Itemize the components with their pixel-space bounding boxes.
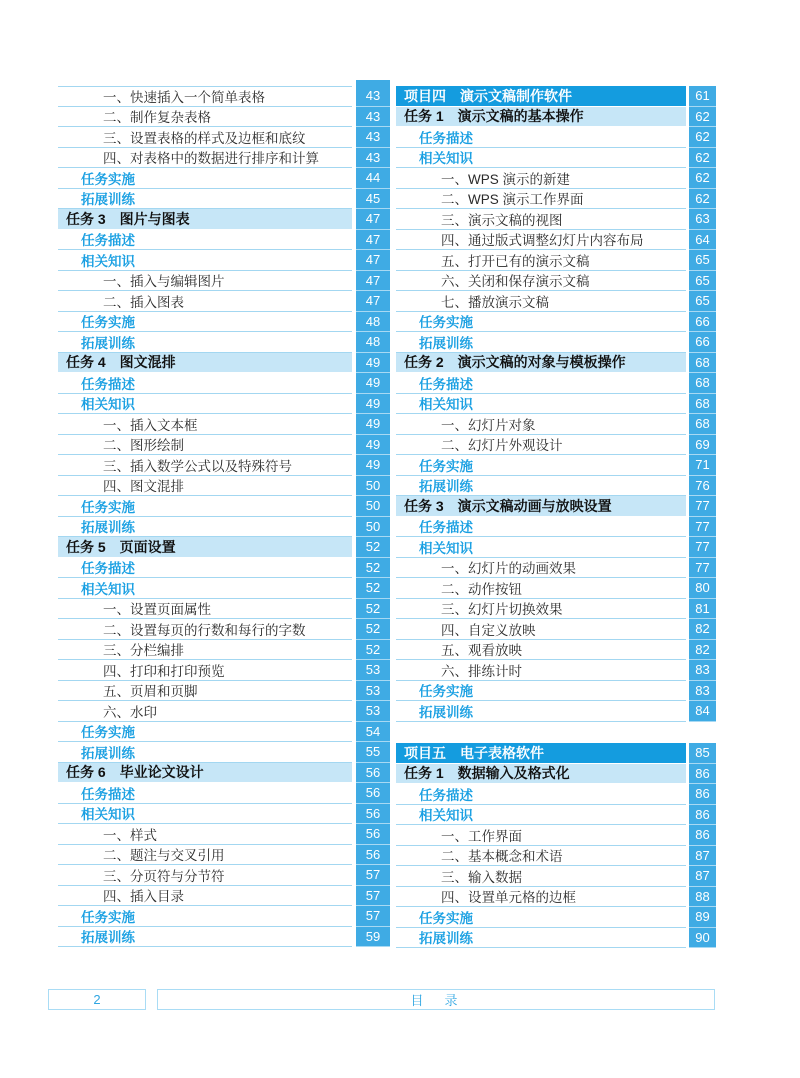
toc-entry-page: 83: [689, 681, 716, 702]
toc-item-row[interactable]: 四、插入目录57: [58, 886, 390, 907]
toc-entry-text-cell: 一、幻灯片的动画效果: [396, 558, 686, 579]
toc-sub-row[interactable]: 相关知识68: [396, 394, 716, 415]
toc-entry-page: 77: [689, 517, 716, 538]
toc-entry-page: 56: [356, 804, 390, 825]
toc-entry-label: 三、设置表格的样式及边框和底纹: [103, 127, 306, 147]
toc-entry-text-cell: 任务 6 毕业论文设计: [58, 763, 352, 784]
toc-entry-text-cell: 二、题注与交叉引用: [58, 845, 352, 866]
toc-entry-page: 43: [356, 127, 390, 148]
toc-sub-row[interactable]: 任务描述77: [396, 517, 716, 538]
toc-item-row[interactable]: 一、插入文本框49: [58, 414, 390, 435]
toc-entry-page: 62: [689, 148, 716, 169]
toc-entry-text-cell: 五、观看放映: [396, 640, 686, 661]
toc-item-row[interactable]: 四、自定义放映82: [396, 619, 716, 640]
toc-entry-label: 任务 3 演示文稿动画与放映设置: [404, 496, 612, 516]
toc-entry-label: 任务 2 演示文稿的对象与模板操作: [404, 353, 626, 373]
toc-sub-row[interactable]: 相关知识62: [396, 148, 716, 169]
toc-left-column: 一、快速插入一个简单表格43二、制作复杂表格43三、设置表格的样式及边框和底纹4…: [58, 80, 390, 947]
toc-entry-page: 68: [689, 414, 716, 435]
toc-entry-page: 85: [689, 743, 716, 764]
toc-entry-page: 63: [689, 209, 716, 230]
toc-sub-row[interactable]: 拓展训练84: [396, 701, 716, 722]
toc-entry-label: 拓展训练: [81, 189, 135, 209]
toc-item-row[interactable]: 一、幻灯片的动画效果77: [396, 558, 716, 579]
toc-project-row[interactable]: 项目四 演示文稿制作软件61: [396, 86, 716, 107]
toc-entry-text-cell: 任务实施: [396, 907, 686, 928]
toc-entry-page: 80: [689, 578, 716, 599]
toc-entry-page: 47: [356, 291, 390, 312]
toc-entry-label: 相关知识: [419, 148, 473, 168]
toc-sub-row[interactable]: 拓展训练50: [58, 517, 390, 538]
toc-sub-row[interactable]: 拓展训练55: [58, 742, 390, 763]
toc-entry-page: 47: [356, 271, 390, 292]
toc-entry-page: 87: [689, 846, 716, 867]
toc-entry-page: 76: [689, 476, 716, 497]
toc-entry-text-cell: 拓展训练: [58, 332, 352, 353]
toc-entry-label: 二、幻灯片外观设计: [441, 435, 563, 455]
toc-entry-label: 五、观看放映: [441, 640, 522, 660]
toc-entry-text-cell: 三、输入数据: [396, 866, 686, 887]
toc-entry-label: 任务实施: [419, 681, 473, 701]
toc-entry-text-cell: 任务实施: [396, 455, 686, 476]
toc-sub-row[interactable]: 任务实施57: [58, 906, 390, 927]
toc-entry-page: 56: [356, 763, 390, 784]
toc-sub-row[interactable]: 相关知识56: [58, 804, 390, 825]
toc-entry-text-cell: 拓展训练: [58, 517, 352, 538]
toc-entry-page: 47: [356, 230, 390, 251]
toc-entry-page: 89: [689, 907, 716, 928]
toc-sub-row[interactable]: 任务实施54: [58, 722, 390, 743]
toc-entry-text-cell: 一、WPS 演示的新建: [396, 168, 686, 189]
toc-entry-label: 二、WPS 演示工作界面: [441, 189, 584, 209]
toc-entry-text-cell: 四、通过版式调整幻灯片内容布局: [396, 230, 686, 251]
toc-entry-text-cell: 任务 2 演示文稿的对象与模板操作: [396, 353, 686, 374]
toc-sub-row[interactable]: 拓展训练59: [58, 927, 390, 948]
toc-sub-row[interactable]: 任务描述62: [396, 127, 716, 148]
toc-item-row[interactable]: 一、工作界面86: [396, 825, 716, 846]
toc-item-row[interactable]: 一、设置页面属性52: [58, 599, 390, 620]
toc-entry-text-cell: 拓展训练: [396, 332, 686, 353]
toc-entry-text-cell: 四、打印和打印预览: [58, 660, 352, 681]
toc-entry-page: 49: [356, 394, 390, 415]
toc-entry-page: 62: [689, 189, 716, 210]
toc-entry-page: 43: [356, 148, 390, 169]
toc-item-row[interactable]: 二、动作按钮80: [396, 578, 716, 599]
toc-entry-text-cell: 三、插入数学公式以及特殊符号: [58, 455, 352, 476]
toc-entry-label: 任务实施: [81, 722, 135, 742]
toc-entry-label: 三、输入数据: [441, 866, 522, 886]
toc-task-row[interactable]: 任务 5 页面设置52: [58, 537, 390, 558]
toc-entry-page: 86: [689, 764, 716, 785]
toc-entry-label: 任务描述: [81, 783, 135, 803]
toc-sub-row[interactable]: 任务实施66: [396, 312, 716, 333]
toc-sub-row[interactable]: 任务实施83: [396, 681, 716, 702]
footer-title: 目 录: [157, 989, 715, 1010]
toc-item-row[interactable]: 四、通过版式调整幻灯片内容布局64: [396, 230, 716, 251]
toc-item-row[interactable]: 四、打印和打印预览53: [58, 660, 390, 681]
toc-item-row[interactable]: 二、图形绘制49: [58, 435, 390, 456]
toc-entry-page: 90: [689, 928, 716, 949]
toc-item-row[interactable]: 二、幻灯片外观设计69: [396, 435, 716, 456]
toc-entry-page: 52: [356, 599, 390, 620]
toc-entry-text-cell: 拓展训练: [58, 927, 352, 948]
toc-right-column: 项目四 演示文稿制作软件61任务 1 演示文稿的基本操作62任务描述62相关知识…: [396, 86, 716, 966]
toc-entry-text-cell: 拓展训练: [58, 189, 352, 210]
toc-entry-page: 56: [356, 783, 390, 804]
toc-entry-page: 43: [356, 107, 390, 128]
toc-sub-row[interactable]: 拓展训练90: [396, 928, 716, 949]
toc-entry-label: 任务描述: [419, 784, 473, 804]
toc-entry-label: 拓展训练: [81, 742, 135, 762]
footer-page-number-label: 2: [93, 992, 100, 1007]
toc-entry-label: 一、幻灯片对象: [441, 414, 536, 434]
toc-entry-label: 相关知识: [81, 250, 135, 270]
toc-entry-text-cell: 六、水印: [58, 701, 352, 722]
toc-entry-page: 49: [356, 373, 390, 394]
toc-entry-label: 三、插入数学公式以及特殊符号: [103, 455, 292, 475]
toc-entry-label: 任务 6 毕业论文设计: [66, 763, 204, 783]
toc-entry-label: 相关知识: [81, 804, 135, 824]
toc-entry-page: 50: [356, 517, 390, 538]
toc-entry-page: 62: [689, 168, 716, 189]
toc-entry-text-cell: 三、分栏编排: [58, 640, 352, 661]
toc-entry-text-cell: 任务 4 图文混排: [58, 353, 352, 374]
toc-item-row[interactable]: 三、演示文稿的视图63: [396, 209, 716, 230]
toc-item-row[interactable]: 六、水印53: [58, 701, 390, 722]
toc-sub-row[interactable]: 相关知识49: [58, 394, 390, 415]
toc-sub-row[interactable]: 相关知识86: [396, 805, 716, 826]
toc-entry-label: 拓展训练: [81, 927, 135, 947]
toc-item-row[interactable]: 二、基本概念和术语87: [396, 846, 716, 867]
toc-sub-row[interactable]: 拓展训练66: [396, 332, 716, 353]
toc-entry-text-cell: 任务 5 页面设置: [58, 537, 352, 558]
toc-entry-label: 一、设置页面属性: [103, 599, 211, 619]
toc-entry-text-cell: 一、插入文本框: [58, 414, 352, 435]
toc-entry-text-cell: 任务描述: [396, 373, 686, 394]
toc-entry-page: 64: [689, 230, 716, 251]
toc-entry-page: 53: [356, 681, 390, 702]
toc-entry-text-cell: 二、制作复杂表格: [58, 107, 352, 128]
toc-entry-page: 54: [356, 722, 390, 743]
toc-entry-page: 47: [356, 209, 390, 230]
footer-title-label: 目 录: [410, 990, 461, 1009]
toc-entry-text-cell: 五、页眉和页脚: [58, 681, 352, 702]
toc-item-row[interactable]: 五、打开已有的演示文稿65: [396, 250, 716, 271]
toc-entry-label: 六、水印: [103, 701, 157, 721]
toc-entry-page: 82: [689, 619, 716, 640]
toc-entry-text-cell: 三、分页符与分节符: [58, 865, 352, 886]
toc-item-row[interactable]: 三、设置表格的样式及边框和底纹43: [58, 127, 390, 148]
toc-entry-label: 四、图文混排: [103, 476, 184, 496]
toc-item-row[interactable]: 四、设置单元格的边框88: [396, 887, 716, 908]
toc-entry-text-cell: 任务描述: [58, 373, 352, 394]
toc-entry-text-cell: 二、图形绘制: [58, 435, 352, 456]
toc-entry-label: 二、图形绘制: [103, 435, 184, 455]
toc-entry-text-cell: 任务描述: [396, 517, 686, 538]
toc-item-row[interactable]: 一、快速插入一个简单表格43: [58, 86, 390, 107]
toc-entry-text-cell: 任务 1 数据输入及格式化: [396, 764, 686, 785]
toc-entry-label: 任务实施: [419, 312, 473, 332]
toc-block: 项目五 电子表格软件85任务 1 数据输入及格式化86任务描述86相关知识86一…: [396, 743, 716, 948]
toc-entry-text-cell: 四、插入目录: [58, 886, 352, 907]
toc-entry-page: 43: [356, 86, 390, 107]
toc-entry-label: 五、打开已有的演示文稿: [441, 250, 590, 270]
toc-entry-label: 二、插入图表: [103, 291, 184, 311]
toc-sub-row[interactable]: 拓展训练76: [396, 476, 716, 497]
toc-entry-page: 49: [356, 414, 390, 435]
toc-entry-label: 拓展训练: [419, 928, 473, 948]
toc-entry-text-cell: 任务描述: [58, 230, 352, 251]
toc-entry-page: 62: [689, 127, 716, 148]
toc-entry-page: 50: [356, 476, 390, 497]
toc-entry-text-cell: 拓展训练: [396, 476, 686, 497]
toc-entry-text-cell: 相关知识: [58, 578, 352, 599]
toc-entry-page: 56: [356, 824, 390, 845]
toc-entry-page: 57: [356, 865, 390, 886]
toc-entry-label: 任务实施: [81, 906, 135, 926]
toc-item-row[interactable]: 四、图文混排50: [58, 476, 390, 497]
toc-entry-page: 49: [356, 353, 390, 374]
toc-entry-page: 65: [689, 291, 716, 312]
toc-entry-text-cell: 相关知识: [396, 394, 686, 415]
toc-item-row[interactable]: 五、页眉和页脚53: [58, 681, 390, 702]
toc-entry-label: 拓展训练: [81, 517, 135, 537]
toc-sub-row[interactable]: 任务描述86: [396, 784, 716, 805]
toc-entry-page: 65: [689, 271, 716, 292]
toc-item-row[interactable]: 二、WPS 演示工作界面62: [396, 189, 716, 210]
toc-sub-row[interactable]: 任务实施50: [58, 496, 390, 517]
toc-entry-label: 五、页眉和页脚: [103, 681, 198, 701]
toc-entry-text-cell: 任务描述: [58, 558, 352, 579]
toc-entry-text-cell: 一、样式: [58, 824, 352, 845]
toc-entry-text-cell: 一、工作界面: [396, 825, 686, 846]
toc-entry-text-cell: 二、插入图表: [58, 291, 352, 312]
toc-entry-label: 二、制作复杂表格: [103, 107, 211, 127]
toc-task-row[interactable]: 任务 3 图片与图表47: [58, 209, 390, 230]
toc-entry-page: 86: [689, 805, 716, 826]
toc-entry-label: 任务 5 页面设置: [66, 537, 176, 557]
toc-entry-label: 项目四 演示文稿制作软件: [404, 86, 572, 106]
toc-item-row[interactable]: 三、幻灯片切换效果81: [396, 599, 716, 620]
toc-item-row[interactable]: 一、插入与编辑图片47: [58, 271, 390, 292]
toc-entry-page: 86: [689, 784, 716, 805]
toc-entry-label: 相关知识: [419, 394, 473, 414]
toc-sub-row[interactable]: 拓展训练48: [58, 332, 390, 353]
toc-entry-label: 二、基本概念和术语: [441, 846, 563, 866]
toc-entry-page: 82: [689, 640, 716, 661]
toc-entry-text-cell: 任务 3 演示文稿动画与放映设置: [396, 496, 686, 517]
toc-entry-label: 四、插入目录: [103, 886, 184, 906]
toc-entry-label: 一、插入文本框: [103, 414, 198, 434]
toc-entry-page: 88: [689, 887, 716, 908]
toc-entry-page: 77: [689, 558, 716, 579]
toc-entry-label: 一、工作界面: [441, 825, 522, 845]
toc-task-row[interactable]: 任务 2 演示文稿的对象与模板操作68: [396, 353, 716, 374]
toc-page: { "page": { "footer": { "page_number": "…: [0, 0, 800, 1078]
toc-task-row[interactable]: 任务 6 毕业论文设计56: [58, 763, 390, 784]
toc-entry-page: 68: [689, 353, 716, 374]
toc-entry-page: 48: [356, 312, 390, 333]
toc-block: 一、快速插入一个简单表格43二、制作复杂表格43三、设置表格的样式及边框和底纹4…: [58, 86, 390, 947]
toc-entry-text-cell: 二、基本概念和术语: [396, 846, 686, 867]
toc-project-row[interactable]: 项目五 电子表格软件85: [396, 743, 716, 764]
toc-entry-label: 任务描述: [419, 373, 473, 393]
toc-item-row[interactable]: 三、分页符与分节符57: [58, 865, 390, 886]
toc-entry-label: 拓展训练: [419, 476, 473, 496]
toc-entry-page: 45: [356, 189, 390, 210]
toc-entry-label: 任务描述: [81, 230, 135, 250]
toc-entry-page: 87: [689, 866, 716, 887]
toc-entry-label: 一、样式: [103, 824, 157, 844]
toc-item-row[interactable]: 六、排练计时83: [396, 660, 716, 681]
toc-task-row[interactable]: 任务 1 演示文稿的基本操作62: [396, 107, 716, 128]
toc-entry-label: 四、对表格中的数据进行排序和计算: [103, 148, 319, 168]
toc-entry-text-cell: 二、动作按钮: [396, 578, 686, 599]
toc-entry-text-cell: 项目四 演示文稿制作软件: [396, 86, 686, 107]
toc-sub-row[interactable]: 任务实施48: [58, 312, 390, 333]
toc-item-row[interactable]: 一、WPS 演示的新建62: [396, 168, 716, 189]
toc-entry-label: 任务实施: [419, 455, 473, 475]
toc-entry-text-cell: 四、对表格中的数据进行排序和计算: [58, 148, 352, 169]
toc-entry-text-cell: 任务实施: [58, 312, 352, 333]
toc-sub-row[interactable]: 任务描述49: [58, 373, 390, 394]
toc-entry-text-cell: 三、演示文稿的视图: [396, 209, 686, 230]
toc-entry-text-cell: 任务描述: [58, 783, 352, 804]
toc-entry-label: 六、关闭和保存演示文稿: [441, 271, 590, 291]
toc-item-row[interactable]: 三、插入数学公式以及特殊符号49: [58, 455, 390, 476]
toc-entry-label: 一、幻灯片的动画效果: [441, 558, 576, 578]
toc-entry-label: 任务实施: [81, 312, 135, 332]
toc-item-row[interactable]: 一、幻灯片对象68: [396, 414, 716, 435]
toc-entry-text-cell: 任务 3 图片与图表: [58, 209, 352, 230]
toc-entry-text-cell: 一、幻灯片对象: [396, 414, 686, 435]
toc-item-row[interactable]: 二、题注与交叉引用56: [58, 845, 390, 866]
toc-item-row[interactable]: 一、样式56: [58, 824, 390, 845]
toc-entry-text-cell: 七、播放演示文稿: [396, 291, 686, 312]
toc-entry-label: 任务 3 图片与图表: [66, 209, 190, 229]
toc-entry-label: 任务实施: [81, 168, 135, 188]
toc-entry-page: 44: [356, 168, 390, 189]
toc-entry-text-cell: 相关知识: [58, 804, 352, 825]
toc-entry-text-cell: 五、打开已有的演示文稿: [396, 250, 686, 271]
toc-item-row[interactable]: 三、输入数据87: [396, 866, 716, 887]
toc-entry-label: 任务 4 图文混排: [66, 353, 176, 373]
toc-entry-label: 三、幻灯片切换效果: [441, 599, 563, 619]
footer-page-number: 2: [48, 989, 146, 1010]
toc-entry-label: 相关知识: [419, 805, 473, 825]
toc-entry-page: 47: [356, 250, 390, 271]
toc-entry-label: 拓展训练: [81, 332, 135, 352]
toc-entry-label: 任务描述: [81, 373, 135, 393]
toc-item-row[interactable]: 七、播放演示文稿65: [396, 291, 716, 312]
toc-entry-text-cell: 相关知识: [396, 805, 686, 826]
toc-entry-page: 53: [356, 701, 390, 722]
toc-sub-row[interactable]: 相关知识77: [396, 537, 716, 558]
toc-entry-text-cell: 项目五 电子表格软件: [396, 743, 686, 764]
toc-task-row[interactable]: 任务 4 图文混排49: [58, 353, 390, 374]
toc-task-row[interactable]: 任务 1 数据输入及格式化86: [396, 764, 716, 785]
toc-sub-row[interactable]: 任务实施89: [396, 907, 716, 928]
toc-entry-text-cell: 任务描述: [396, 127, 686, 148]
toc-entry-label: 相关知识: [81, 394, 135, 414]
toc-entry-text-cell: 六、排练计时: [396, 660, 686, 681]
toc-sub-row[interactable]: 任务描述68: [396, 373, 716, 394]
toc-item-row[interactable]: 三、分栏编排52: [58, 640, 390, 661]
toc-entry-page: 66: [689, 312, 716, 333]
toc-sub-row[interactable]: 任务描述47: [58, 230, 390, 251]
toc-entry-text-cell: 一、快速插入一个简单表格: [58, 86, 352, 107]
toc-entry-page: 49: [356, 435, 390, 456]
toc-entry-page: 48: [356, 332, 390, 353]
toc-entry-text-cell: 任务实施: [58, 168, 352, 189]
toc-item-row[interactable]: 二、制作复杂表格43: [58, 107, 390, 128]
toc-entry-text-cell: 二、设置每页的行数和每行的字数: [58, 619, 352, 640]
toc-sub-row[interactable]: 拓展训练45: [58, 189, 390, 210]
toc-entry-label: 二、动作按钮: [441, 578, 522, 598]
toc-entry-label: 二、设置每页的行数和每行的字数: [103, 619, 306, 639]
toc-entry-label: 三、分页符与分节符: [103, 865, 225, 885]
toc-sub-row[interactable]: 任务实施71: [396, 455, 716, 476]
toc-sub-row[interactable]: 相关知识52: [58, 578, 390, 599]
toc-entry-page: 52: [356, 537, 390, 558]
toc-block: 项目四 演示文稿制作软件61任务 1 演示文稿的基本操作62任务描述62相关知识…: [396, 86, 716, 722]
toc-entry-text-cell: 任务实施: [58, 906, 352, 927]
toc-entry-page: 69: [689, 435, 716, 456]
toc-entry-page: 50: [356, 496, 390, 517]
toc-entry-page: 57: [356, 906, 390, 927]
toc-item-row[interactable]: 二、插入图表47: [58, 291, 390, 312]
toc-entry-label: 项目五 电子表格软件: [404, 743, 544, 763]
toc-entry-text-cell: 相关知识: [58, 394, 352, 415]
toc-item-row[interactable]: 二、设置每页的行数和每行的字数52: [58, 619, 390, 640]
toc-sub-row[interactable]: 相关知识47: [58, 250, 390, 271]
toc-entry-text-cell: 二、幻灯片外观设计: [396, 435, 686, 456]
toc-entry-label: 四、设置单元格的边框: [441, 887, 576, 907]
toc-entry-page: 61: [689, 86, 716, 107]
toc-entry-label: 一、插入与编辑图片: [103, 271, 225, 291]
toc-entry-page: 77: [689, 496, 716, 517]
toc-entry-page: 83: [689, 660, 716, 681]
toc-item-row[interactable]: 四、对表格中的数据进行排序和计算43: [58, 148, 390, 169]
toc-sub-row[interactable]: 任务描述56: [58, 783, 390, 804]
toc-item-row[interactable]: 五、观看放映82: [396, 640, 716, 661]
toc-entry-page: 57: [356, 886, 390, 907]
toc-entry-page: 68: [689, 394, 716, 415]
toc-entry-page: 49: [356, 455, 390, 476]
toc-entry-label: 七、播放演示文稿: [441, 291, 549, 311]
toc-entry-page: 62: [689, 107, 716, 128]
toc-entry-text-cell: 任务描述: [396, 784, 686, 805]
toc-sub-row[interactable]: 任务描述52: [58, 558, 390, 579]
toc-entry-label: 一、WPS 演示的新建: [441, 168, 570, 188]
toc-entry-page: 52: [356, 578, 390, 599]
toc-entry-text-cell: 相关知识: [58, 250, 352, 271]
toc-entry-label: 相关知识: [419, 537, 473, 557]
toc-entry-page: 81: [689, 599, 716, 620]
toc-entry-page: 55: [356, 742, 390, 763]
toc-entry-label: 拓展训练: [419, 701, 473, 721]
toc-entry-text-cell: 六、关闭和保存演示文稿: [396, 271, 686, 292]
toc-entry-page: 65: [689, 250, 716, 271]
toc-item-row[interactable]: 六、关闭和保存演示文稿65: [396, 271, 716, 292]
toc-entry-text-cell: 任务实施: [58, 496, 352, 517]
toc-entry-text-cell: 相关知识: [396, 537, 686, 558]
toc-entry-label: 任务描述: [419, 517, 473, 537]
toc-entry-label: 三、演示文稿的视图: [441, 209, 563, 229]
toc-sub-row[interactable]: 任务实施44: [58, 168, 390, 189]
toc-task-row[interactable]: 任务 3 演示文稿动画与放映设置77: [396, 496, 716, 517]
toc-entry-text-cell: 任务实施: [396, 681, 686, 702]
